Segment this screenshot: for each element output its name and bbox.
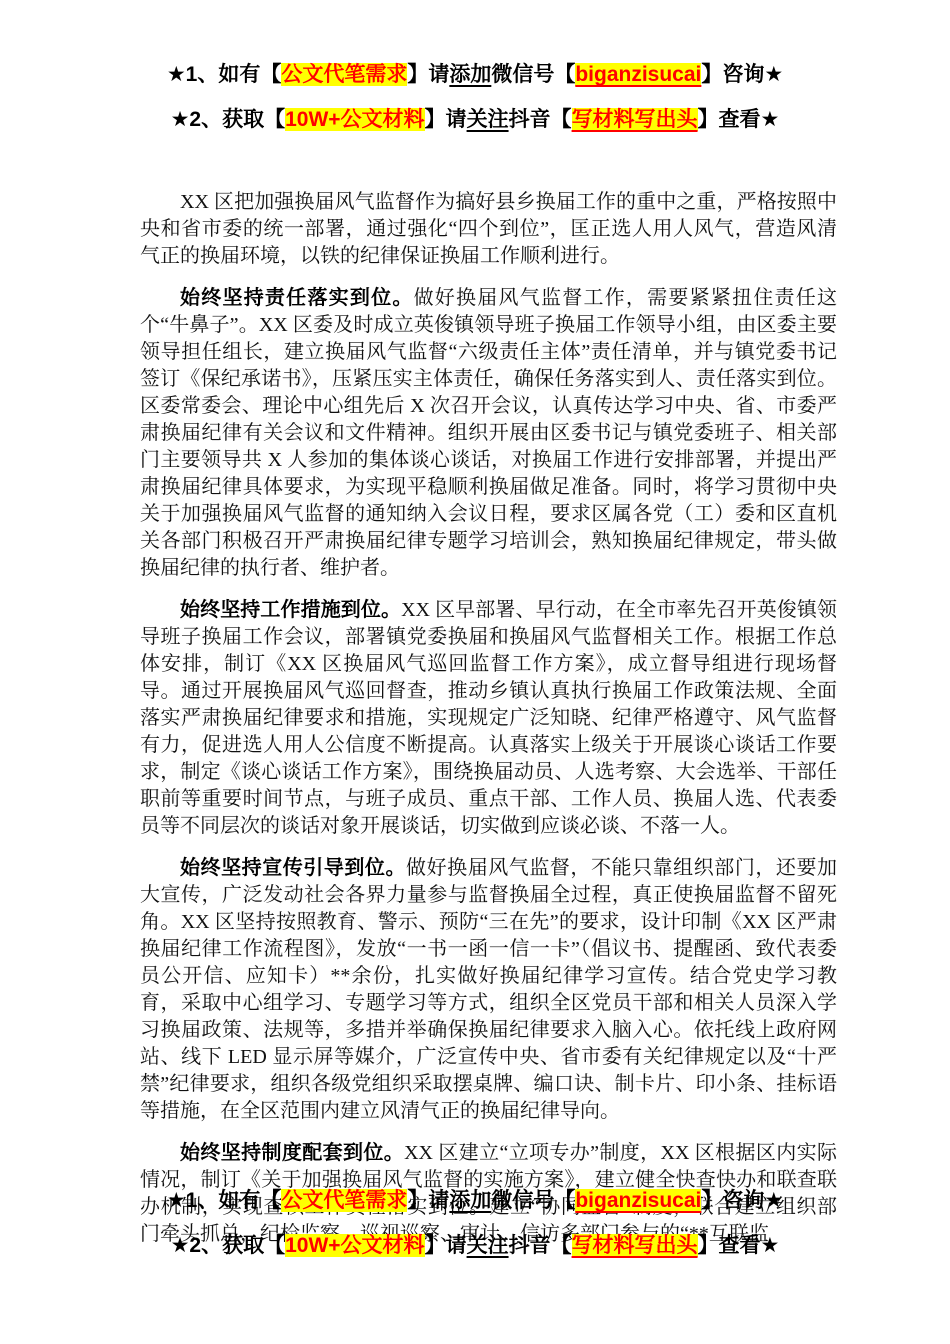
promo-text: 】查看★ <box>698 1234 780 1257</box>
document-body: XX 区把加强换届风气监督作为搞好县乡换届工作的重中之重，严格按照中央和省市委的… <box>140 189 837 1263</box>
promo-text: 微信号【 <box>491 1189 575 1212</box>
paragraph-text: 做好换届风气监督工作，需要紧紧扭住责任这个“牛鼻子”。XX 区委及时成立英俊镇领… <box>140 287 837 579</box>
promo-douyin-id: 写材料写出头 <box>572 108 698 131</box>
promo-underline-follow: 关注 <box>467 108 509 131</box>
paragraph-text: XX 区早部署、早行动，在全市率先召开英俊镇领导班子换届工作会议，部署镇党委换届… <box>140 599 837 837</box>
paragraph-text: 做好换届风气监督，不能只靠组织部门，还要加大宣传，广泛发动社会各界力量参与监督换… <box>140 857 837 1122</box>
promo-wechat-id: biganzisucai <box>575 1189 701 1212</box>
promo-text: 】咨询★ <box>701 63 783 86</box>
promo-text: 】查看★ <box>698 108 780 131</box>
promo-text: ★1、如有【 <box>167 1189 282 1212</box>
document-page: ★1、如有【公文代笔需求】请添加微信号【biganzisucai】咨询★ ★2、… <box>0 0 950 1344</box>
promo-text: 微信号【 <box>491 63 575 86</box>
promo-highlight-service: 公文代笔需求 <box>281 63 407 86</box>
promo-text: 】请 <box>407 63 449 86</box>
paragraph-lead: 始终坚持工作措施到位。 <box>180 599 401 621</box>
promo-underline-add: 添加 <box>449 63 491 86</box>
promo-wechat-id: biganzisucai <box>575 63 701 86</box>
promo-line-2: ★2、获取【10W+公文材料】请关注抖音【写材料写出头】查看★ <box>0 107 950 133</box>
paragraph-lead: 始终坚持宣传引导到位。 <box>180 857 406 879</box>
promo-underline-follow: 关注 <box>467 1234 509 1257</box>
promo-text: 】请 <box>425 1234 467 1257</box>
promo-text: ★2、获取【 <box>171 108 286 131</box>
promo-line-1: ★1、如有【公文代笔需求】请添加微信号【biganzisucai】咨询★ <box>0 62 950 88</box>
body-paragraph-responsibility: 始终坚持责任落实到位。做好换届风气监督工作，需要紧紧扭住责任这个“牛鼻子”。XX… <box>140 285 837 582</box>
paragraph-lead: 始终坚持制度配套到位。 <box>180 1142 404 1164</box>
promo-text: 】请 <box>407 1189 449 1212</box>
promo-line-1: ★1、如有【公文代笔需求】请添加微信号【biganzisucai】咨询★ <box>0 1188 950 1214</box>
promo-highlight-materials: 10W+公文材料 <box>285 108 424 131</box>
body-paragraph-intro: XX 区把加强换届风气监督作为搞好县乡换届工作的重中之重，严格按照中央和省市委的… <box>140 189 837 270</box>
body-paragraph-publicity: 始终坚持宣传引导到位。做好换届风气监督，不能只靠组织部门，还要加大宣传，广泛发动… <box>140 855 837 1125</box>
promo-highlight-service: 公文代笔需求 <box>281 1189 407 1212</box>
promo-text: ★2、获取【 <box>171 1234 286 1257</box>
promo-text: 抖音【 <box>509 108 572 131</box>
promo-banner-bottom: ★1、如有【公文代笔需求】请添加微信号【biganzisucai】咨询★ ★2、… <box>0 1188 950 1278</box>
body-paragraph-measures: 始终坚持工作措施到位。XX 区早部署、早行动，在全市率先召开英俊镇领导班子换届工… <box>140 597 837 840</box>
promo-text: 】咨询★ <box>701 1189 783 1212</box>
promo-douyin-id: 写材料写出头 <box>572 1234 698 1257</box>
promo-text: 】请 <box>425 108 467 131</box>
promo-underline-add: 添加 <box>449 1189 491 1212</box>
promo-line-2: ★2、获取【10W+公文材料】请关注抖音【写材料写出头】查看★ <box>0 1233 950 1259</box>
promo-banner-top: ★1、如有【公文代笔需求】请添加微信号【biganzisucai】咨询★ ★2、… <box>0 62 950 152</box>
promo-highlight-materials: 10W+公文材料 <box>285 1234 424 1257</box>
paragraph-lead: 始终坚持责任落实到位。 <box>180 287 414 309</box>
promo-text: ★1、如有【 <box>167 63 282 86</box>
paragraph-text: XX 区把加强换届风气监督作为搞好县乡换届工作的重中之重，严格按照中央和省市委的… <box>140 191 837 267</box>
promo-text: 抖音【 <box>509 1234 572 1257</box>
